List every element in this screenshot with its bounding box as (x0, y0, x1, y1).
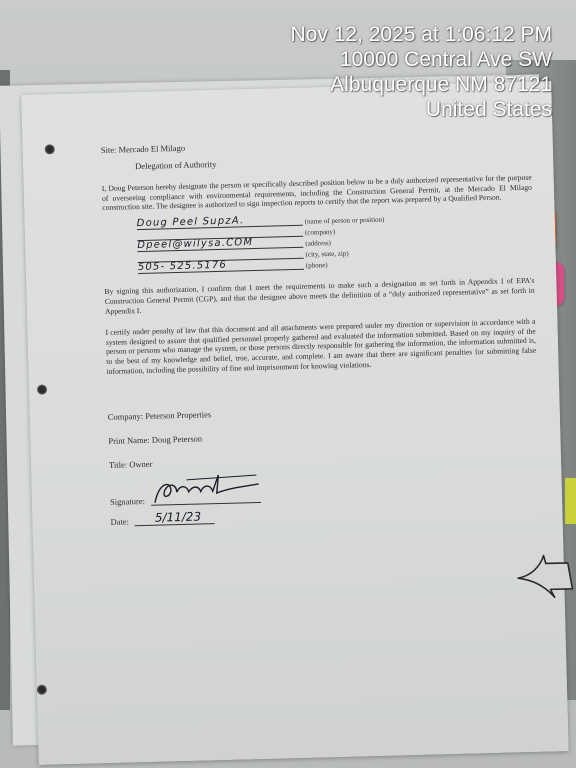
date-row: Date: 5/11/23 (110, 502, 540, 527)
company-line: Company: Peterson Properties (108, 401, 538, 422)
punch-hole-icon (37, 685, 47, 695)
signature-row: Signature: (110, 473, 540, 507)
handwritten-signature-icon (146, 472, 267, 505)
signature-label: Signature: (110, 496, 145, 507)
intro-paragraph: I, Doug Peterson hereby designate the pe… (102, 173, 533, 213)
timestamp-country: United States (290, 97, 552, 122)
date-label: Date: (110, 517, 129, 527)
designee-company-label: (company) (305, 228, 336, 237)
designee-form: Doug Peel SupzA. (name of person or posi… (137, 211, 468, 275)
document-body: Site: Mercado El Milago Delegation of Au… (101, 134, 541, 527)
signature-field (150, 480, 261, 506)
designee-phone-label: (phone) (306, 261, 328, 270)
photo-timestamp-overlay: Nov 12, 2025 at 1:06:12 PM 10000 Central… (290, 22, 552, 122)
certification-paragraph: I certify under penalty of law that this… (105, 317, 536, 376)
sign-here-arrow-icon (513, 551, 576, 603)
yellow-sticky-flag (565, 478, 576, 524)
signer-info: Company: Peterson Properties Print Name:… (108, 401, 539, 470)
punch-hole-icon (45, 144, 55, 154)
delegation-of-authority-page: Site: Mercado El Milago Delegation of Au… (21, 81, 568, 765)
timestamp-street: 10000 Central Ave SW (290, 47, 552, 72)
date-field: 5/11/23 (135, 510, 215, 526)
document-title: Delegation of Authority (135, 151, 531, 171)
punch-hole-icon (37, 384, 47, 394)
timestamp-city: Albuquerque NM 87121 (290, 72, 552, 97)
print-name-line: Print Name: Doug Peterson (108, 425, 538, 446)
authorization-paragraph: By signing this authorization, I confirm… (104, 276, 535, 316)
timestamp-datetime: Nov 12, 2025 at 1:06:12 PM (290, 22, 552, 47)
designee-city-label: (city, state, zip) (306, 250, 349, 259)
title-line: Title: Owner (109, 449, 539, 470)
designee-address-label: (address) (305, 239, 331, 248)
designee-phone-field: 505- 525.5176 (138, 259, 304, 274)
